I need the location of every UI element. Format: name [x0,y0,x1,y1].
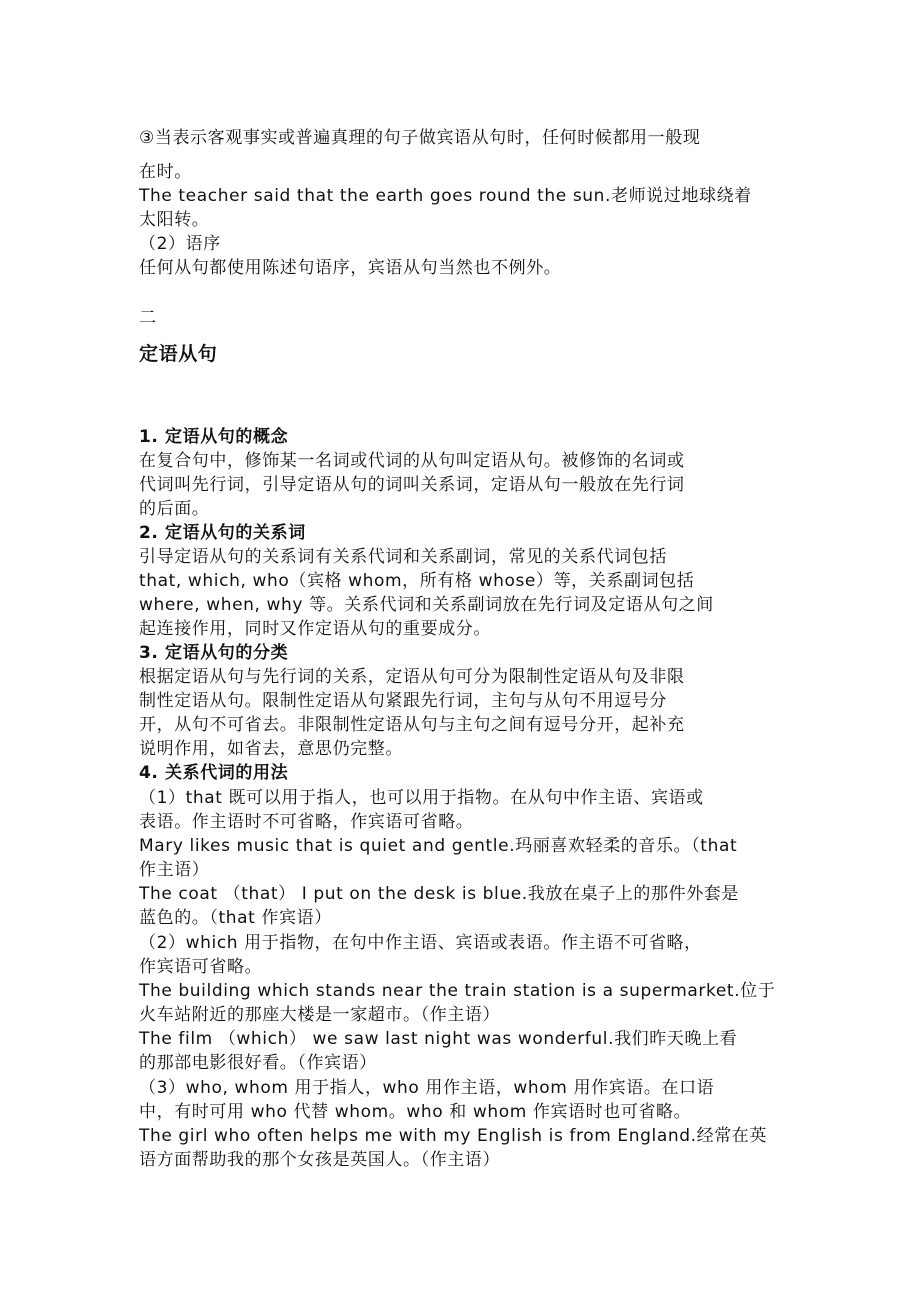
text-line: 起连接作用，同时又作定语从句的重要成分。 [139,617,491,641]
text-line: 语方面帮助我的那个女孩是英国人。（作主语） [139,1148,500,1172]
text-line: The film （which） we saw last night was w… [139,1027,737,1051]
section-heading: 1. 定语从句的概念 [139,425,288,449]
text-line: 在复合句中，修饰某一名词或代词的从句叫定语从句。被修饰的名词或 [139,449,685,473]
text-line: （2）which 用于指物，在句中作主语、宾语或表语。作主语不可省略， [139,931,702,955]
document-page: ③当表示客观事实或普遍真理的句子做宾语从句时，任何时候都用一般现在时。The t… [0,0,920,1302]
text-line: 蓝色的。（that 作宾语） [139,906,332,930]
text-line: 代词叫先行词，引导定语从句的词叫关系词，定语从句一般放在先行词 [139,473,685,497]
text-line: ③当表示客观事实或普遍真理的句子做宾语从句时，任何时候都用一般现 [139,126,700,150]
section-heading: 2. 定语从句的关系词 [139,521,306,545]
text-line: 中，有时可用 who 代替 whom。who 和 whom 作宾语时也可省略。 [139,1100,691,1124]
text-line: 根据定语从句与先行词的关系，定语从句可分为限制性定语从句及非限 [139,665,685,689]
text-line: that, which, who（宾格 whom，所有格 whose）等，关系副… [139,569,694,593]
text-line: 作宾语可省略。 [139,955,262,979]
section-heading: 4. 关系代词的用法 [139,761,288,785]
text-line: where, when, why 等。关系代词和关系副词放在先行词及定语从句之间 [139,593,714,617]
text-line: 作主语） [139,858,209,882]
text-line: 火车站附近的那座大楼是一家超市。（作主语） [139,1003,500,1027]
text-line: The teacher said that the earth goes rou… [139,184,752,208]
text-line: 说明作用，如省去，意思仍完整。 [139,737,403,761]
text-line: 制性定语从句。限制性定语从句紧跟先行词，主句与从句不用逗号分 [139,689,667,713]
text-line: 表语。作主语时不可省略，作宾语可省略。 [139,810,473,834]
text-line: 引导定语从句的关系词有关系代词和关系副词，常见的关系代词包括 [139,545,667,569]
text-line: 二 [139,306,157,330]
text-line: （2）语序 [139,232,221,256]
section-heading: 3. 定语从句的分类 [139,641,288,665]
text-line: 在时。 [139,160,192,184]
text-line: 任何从句都使用陈述句语序，宾语从句当然也不例外。 [139,256,561,280]
section-heading: 定语从句 [139,342,217,366]
text-line: The building which stands near the train… [139,979,775,1003]
text-line: 开，从句不可省去。非限制性定语从句与主句之间有逗号分开，起补充 [139,713,685,737]
text-line: The coat （that） I put on the desk is blu… [139,882,739,906]
text-line: 的那部电影很好看。（作宾语） [139,1051,377,1075]
text-line: （1）that 既可以用于指人，也可以用于指物。在从句中作主语、宾语或 [139,786,704,810]
text-line: （3）who, whom 用于指人，who 用作主语，whom 用作宾语。在口语 [139,1076,714,1100]
text-line: Mary likes music that is quiet and gentl… [139,834,737,858]
text-line: 的后面。 [139,497,209,521]
text-line: The girl who often helps me with my Engl… [139,1124,767,1148]
text-line: 太阳转。 [139,208,209,232]
